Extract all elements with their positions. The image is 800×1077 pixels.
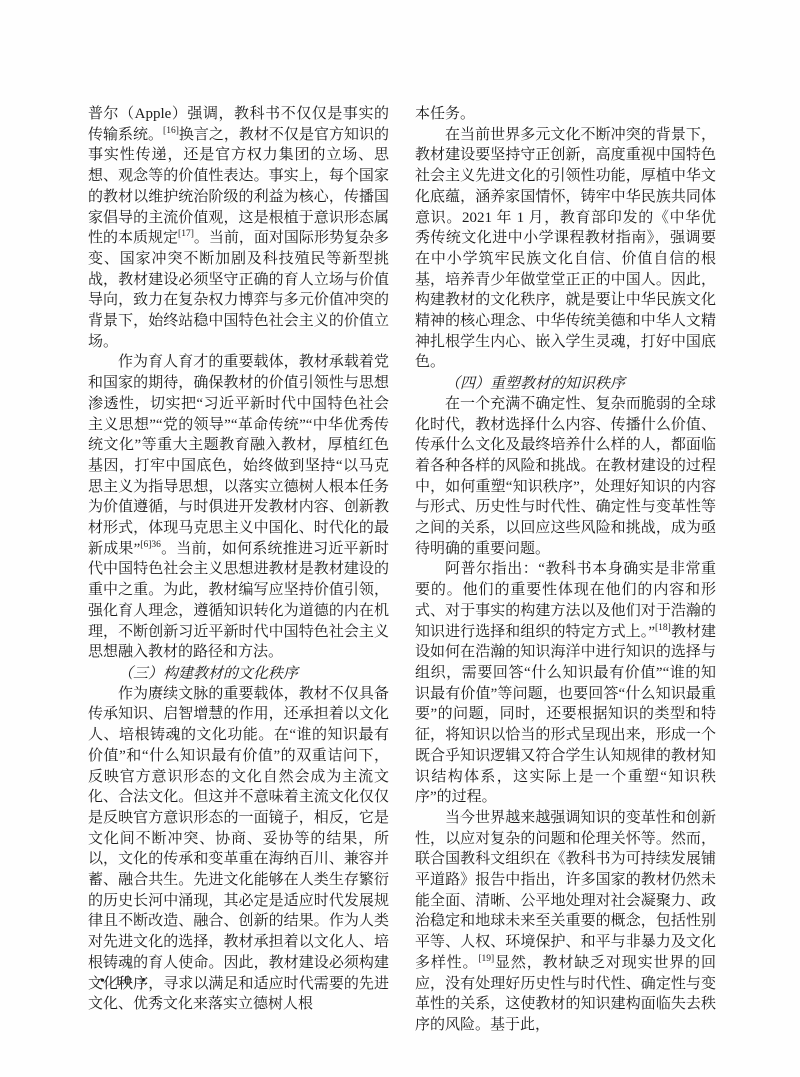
paragraph: 当今世界越来越强调知识的变革性和创新性，以应对复杂的问题和伦理关怀等。然而，联合…: [415, 808, 716, 1036]
citation-ref: [16]: [163, 126, 179, 136]
document-page: 普尔（Apple）强调，教科书不仅仅是事实的传输系统。[16]换言之，教材不仅是…: [0, 0, 800, 1077]
text-column-right: 本任务。在当前世界多元文化不断冲突的背景下，教材建设要坚持守正创新，高度重视中国…: [415, 104, 716, 1036]
citation-ref: [6]36: [140, 540, 161, 550]
text-column-left: 普尔（Apple）强调，教科书不仅仅是事实的传输系统。[16]换言之，教材不仅是…: [88, 104, 389, 1015]
paragraph: 阿普尔指出：“教科书本身确实是非常重要的。他们的重要性体现在他们的内容和形式、对…: [415, 559, 716, 807]
citation-ref: [17]: [178, 229, 194, 239]
paragraph: 作为赓续文脉的重要载体，教材不仅具备传承知识、启智增慧的作用，还承担着以文化人、…: [88, 684, 389, 1015]
section-heading: （四）重塑教材的知识秩序: [415, 373, 716, 394]
paragraph: 作为育人育才的重要载体，教材承载着党和国家的期待，确保教材的价值引领性与思想渗透…: [88, 352, 389, 663]
paragraph: 本任务。: [415, 104, 716, 125]
page-number: • 10 •: [100, 974, 149, 990]
citation-ref: [19]: [478, 954, 494, 964]
citation-ref: [18]: [655, 623, 671, 633]
section-heading: （三）构建教材的文化秩序: [88, 663, 389, 684]
paragraph: 在一个充满不确定性、复杂而脆弱的全球化时代，教材选择什么内容、传播什么价值、传承…: [415, 394, 716, 560]
paragraph: 在当前世界多元文化不断冲突的背景下，教材建设要坚持守正创新，高度重视中国特色社会…: [415, 125, 716, 373]
paragraph: 普尔（Apple）强调，教科书不仅仅是事实的传输系统。[16]换言之，教材不仅是…: [88, 104, 389, 352]
